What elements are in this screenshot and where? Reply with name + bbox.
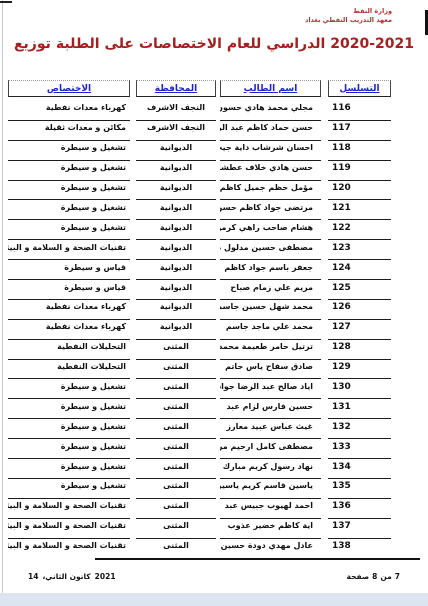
title-token: توزيع [14, 36, 51, 52]
governorate-cell: المثنى [136, 359, 216, 379]
serial-cell: 129 [328, 359, 391, 379]
student-name-cell: ترتيل حامر طعيمة محمد [220, 339, 321, 359]
letterhead-ministry: وزارة النفط [305, 7, 392, 16]
serial-cell: 138 [328, 538, 391, 558]
specialization-cell: تقنيات الصحة و السلامة و البيئة [8, 239, 130, 259]
specialization-cell: قياس و سيطرة [8, 279, 130, 299]
governorate-cell: الديوانية [136, 199, 216, 219]
governorate-cell: المثنى [136, 538, 216, 558]
date-month: كانون الثاني، [42, 572, 90, 581]
column-header-specialization: الاختصاص [8, 80, 130, 97]
specialization-cell: مكائن و معدات ثقيلة [8, 120, 130, 140]
student-name-cell: مرتضى جواد كاظم حسن [220, 199, 321, 219]
serial-cell: 133 [328, 438, 391, 458]
table-row: تقنيات الصحة و السلامة و البيئةالديوانية… [0, 239, 428, 259]
letterhead-institute: معهد التدريب النفطي بغداد [305, 16, 392, 25]
student-name-cell: مريم علي زمام صباح [220, 279, 321, 299]
title-token: الطلبة [56, 36, 100, 52]
specialization-cell: تشغيل و سيطرة [8, 180, 130, 200]
student-name-cell: ياسين قاسم كريم ياسين [220, 478, 321, 498]
specialization-cell: كهرباء معدات نفطية [8, 100, 130, 120]
student-name-cell: مصطفى حسين مدلول طوس [220, 239, 321, 259]
student-name-cell: حسن هادي خلاف عطشان [220, 160, 321, 180]
serial-cell: 126 [328, 299, 391, 319]
serial-cell: 137 [328, 518, 391, 538]
table-row: تشغيل و سيطرةالمثنىحسين فارس لزام عبد131 [0, 398, 428, 418]
student-name-cell: محمد شهل حسين جاسم [220, 299, 321, 319]
serial-cell: 132 [328, 418, 391, 438]
date-day: 14 [28, 572, 38, 581]
governorate-cell: المثنى [136, 378, 216, 398]
student-name-cell: اياد صالح عبد الرضا جواد [220, 378, 321, 398]
table-row: قياس و سيطرةالديوانيةجعفر باسم جواد كاظم… [0, 259, 428, 279]
serial-cell: 136 [328, 498, 391, 518]
specialization-cell: كهرباء معدات نفطية [8, 319, 130, 339]
specialization-cell: التحليلات النفطية [8, 359, 130, 379]
table-row: التحليلات النفطيةالمثنىترتيل حامر طعيمة … [0, 339, 428, 359]
scan-corner-artifact [0, 1, 12, 3]
table-row: تشغيل و سيطرةالمثنىغيث عباس عبيد معارز13… [0, 418, 428, 438]
governorate-cell: الديوانية [136, 299, 216, 319]
table-row: تشغيل و سيطرةالديوانيةاحسان شرشاب داية ج… [0, 140, 428, 160]
window-bottom-strip [0, 593, 428, 606]
serial-cell: 125 [328, 279, 391, 299]
page-of-word: من [380, 572, 391, 581]
specialization-cell: تشغيل و سيطرة [8, 418, 130, 438]
governorate-cell: النجف الاشرف [136, 120, 216, 140]
specialization-cell: تشغيل و سيطرة [8, 398, 130, 418]
governorate-cell: المثنى [136, 518, 216, 538]
student-name-cell: جعفر باسم جواد كاظم [220, 259, 321, 279]
serial-cell: 131 [328, 398, 391, 418]
table-row: كهرباء معدات نفطيةالديوانيةمحمد علي ماجد… [0, 319, 428, 339]
table-row: تشغيل و سيطرةالمثنىاياد صالح عبد الرضا ج… [0, 378, 428, 398]
table-row: التحليلات النفطيةالمثنىصادق سفاح ياس حات… [0, 359, 428, 379]
table-row: تشغيل و سيطرةالديوانيةمؤمل حظم جميل كاظم… [0, 180, 428, 200]
specialization-cell: تشغيل و سيطرة [8, 140, 130, 160]
governorate-cell: النجف الاشرف [136, 100, 216, 120]
table-row: كهرباء معدات نفطيةالنجف الاشرفمجلي محمد … [0, 100, 428, 120]
table-header-row: الاختصاص المحافظة اسم الطالب التسلسل [0, 80, 428, 97]
governorate-cell: الديوانية [136, 180, 216, 200]
governorate-cell: المثنى [136, 418, 216, 438]
governorate-cell: الديوانية [136, 279, 216, 299]
title-token: الدراسي [266, 36, 325, 52]
specialization-cell: تشغيل و سيطرة [8, 378, 130, 398]
table-row: كهرباء معدات نفطيةالديوانيةمحمد شهل حسين… [0, 299, 428, 319]
serial-cell: 127 [328, 319, 391, 339]
student-name-cell: مؤمل حظم جميل كاظم [220, 180, 321, 200]
specialization-cell: التحليلات النفطية [8, 339, 130, 359]
title-year-token: 2020-2021 [330, 36, 414, 52]
student-name-cell: مصطفى كامل ارحيم مري [220, 438, 321, 458]
footer-page-number: صفحة 8 من 7 [347, 572, 400, 581]
title-token: الاختصاصات [139, 36, 222, 52]
governorate-cell: الديوانية [136, 219, 216, 239]
student-name-cell: غيث عباس عبيد معارز [220, 418, 321, 438]
column-header-name: اسم الطالب [220, 80, 321, 97]
specialization-cell: تشغيل و سيطرة [8, 478, 130, 498]
report-page: { "letterhead": { "line1": "وزارة النفط"… [0, 0, 428, 606]
student-name-cell: عادل مهدي دودة حسين [220, 538, 321, 558]
table-row: تشغيل و سيطرةالديوانيةمرتضى جواد كاظم حس… [0, 199, 428, 219]
table-row: تشغيل و سيطرةالمثنىنهاد رسول كريم مبارك1… [0, 458, 428, 478]
specialization-cell: تقنيات الصحة و السلامة و البيئة [8, 518, 130, 538]
serial-cell: 123 [328, 239, 391, 259]
page-title: توزيع الطلبة على الاختصاصات للعام الدراس… [0, 36, 428, 52]
serial-cell: 116 [328, 100, 391, 120]
serial-cell: 120 [328, 180, 391, 200]
governorate-cell: المثنى [136, 498, 216, 518]
page-word: صفحة [347, 572, 370, 581]
governorate-cell: الديوانية [136, 160, 216, 180]
page-total: 7 [395, 572, 400, 581]
student-name-cell: مجلي محمد هادي حسون [220, 100, 321, 120]
table-row: تشغيل و سيطرةالمثنىياسين قاسم كريم ياسين… [0, 478, 428, 498]
column-header-governorate: المحافظة [136, 80, 216, 97]
table-bottom-border [95, 558, 420, 560]
serial-cell: 124 [328, 259, 391, 279]
serial-cell: 121 [328, 199, 391, 219]
governorate-cell: الديوانية [136, 140, 216, 160]
specialization-cell: تشغيل و سيطرة [8, 160, 130, 180]
specialization-cell: تقنيات الصحة و السلامة و البيئة [8, 538, 130, 558]
governorate-cell: المثنى [136, 458, 216, 478]
serial-cell: 128 [328, 339, 391, 359]
student-name-cell: حسين فارس لزام عبد [220, 398, 321, 418]
table-row: مكائن و معدات ثقيلةالنجف الاشرفحسن حماد … [0, 120, 428, 140]
letterhead: وزارة النفط معهد التدريب النفطي بغداد [305, 7, 392, 25]
student-name-cell: حسن حماد كاظم عبد الرسول [220, 120, 321, 140]
table-row: تقنيات الصحة و السلامة و البيئةالمثنىاية… [0, 518, 428, 538]
page-current: 8 [372, 572, 377, 581]
serial-cell: 135 [328, 478, 391, 498]
governorate-cell: المثنى [136, 438, 216, 458]
student-name-cell: محمد علي ماجد جاسم [220, 319, 321, 339]
student-name-cell: احسان شرشاب داية جيجان [220, 140, 321, 160]
student-name-cell: هشام صاحب راهي كرمول [220, 219, 321, 239]
serial-cell: 118 [328, 140, 391, 160]
table-row: تشغيل و سيطرةالديوانيةهشام صاحب راهي كرم… [0, 219, 428, 239]
table-body: كهرباء معدات نفطيةالنجف الاشرفمجلي محمد … [0, 100, 428, 557]
governorate-cell: الديوانية [136, 319, 216, 339]
specialization-cell: تشغيل و سيطرة [8, 458, 130, 478]
specialization-cell: تشغيل و سيطرة [8, 219, 130, 239]
student-name-cell: احمد لهيوب جبيس عبد [220, 498, 321, 518]
specialization-cell: كهرباء معدات نفطية [8, 299, 130, 319]
title-token: للعام [227, 36, 261, 52]
serial-cell: 134 [328, 458, 391, 478]
table-row: تشغيل و سيطرةالديوانيةحسن هادي خلاف عطشا… [0, 160, 428, 180]
table-row: تقنيات الصحة و السلامة و البيئةالمثنىاحم… [0, 498, 428, 518]
governorate-cell: المثنى [136, 398, 216, 418]
governorate-cell: المثنى [136, 478, 216, 498]
governorate-cell: الديوانية [136, 259, 216, 279]
table-row: تشغيل و سيطرةالمثنىمصطفى كامل ارحيم مري1… [0, 438, 428, 458]
serial-cell: 122 [328, 219, 391, 239]
specialization-cell: تشغيل و سيطرة [8, 438, 130, 458]
table-row: قياس و سيطرةالديوانيةمريم علي زمام صباح1… [0, 279, 428, 299]
table-row: تقنيات الصحة و السلامة و البيئةالمثنىعاد… [0, 538, 428, 558]
serial-cell: 117 [328, 120, 391, 140]
specialization-cell: قياس و سيطرة [8, 259, 130, 279]
governorate-cell: الديوانية [136, 239, 216, 259]
student-name-cell: صادق سفاح ياس حاتم [220, 359, 321, 379]
date-year: 2021 [95, 572, 116, 581]
specialization-cell: تشغيل و سيطرة [8, 199, 130, 219]
column-header-serial: التسلسل [328, 80, 391, 97]
serial-cell: 119 [328, 160, 391, 180]
title-token: على [105, 36, 134, 52]
governorate-cell: المثنى [136, 339, 216, 359]
serial-cell: 130 [328, 378, 391, 398]
student-name-cell: اية كاظم خضير عذوب [220, 518, 321, 538]
specialization-cell: تقنيات الصحة و السلامة و البيئة [8, 498, 130, 518]
footer-date: 14 كانون الثاني، 2021 [28, 572, 116, 581]
student-name-cell: نهاد رسول كريم مبارك [220, 458, 321, 478]
